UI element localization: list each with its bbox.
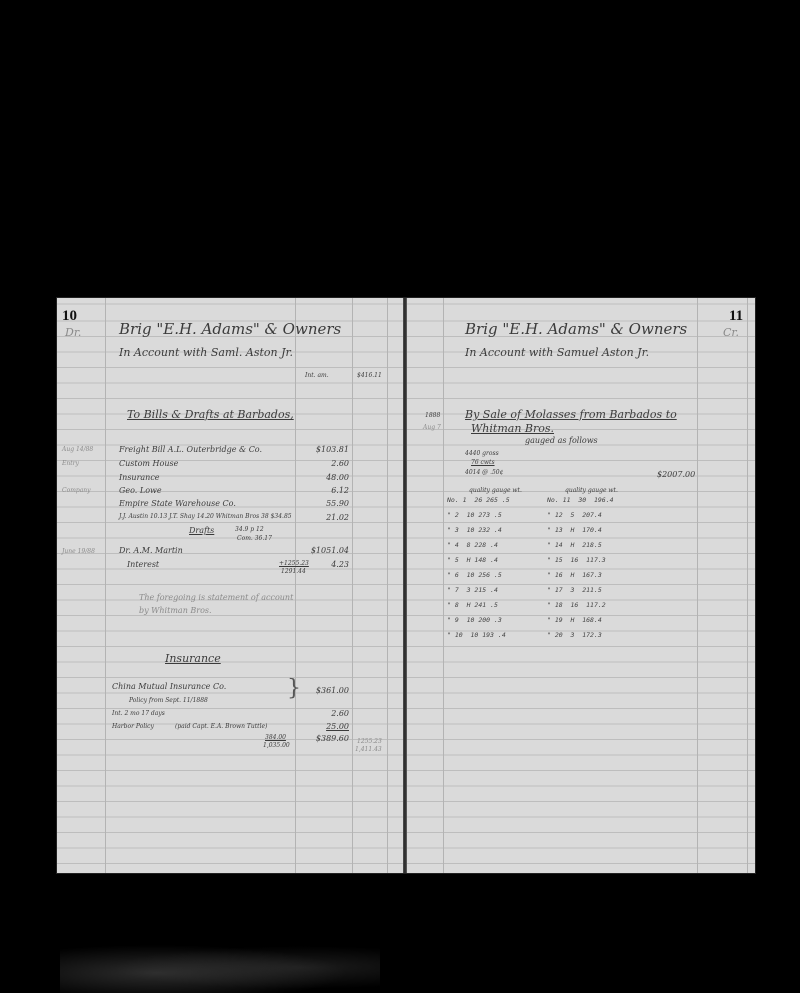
entry-date: Company	[62, 487, 91, 494]
top-note-amount: $416.11	[357, 372, 382, 379]
entry-amount: 55.90	[307, 499, 349, 508]
interest-calc-top: +1255.23	[279, 560, 309, 567]
insurance-total: $389.60	[307, 734, 349, 743]
page-number: 11	[729, 308, 743, 325]
left-page: 10 Dr. Brig "E.H. Adams" & Owners In Acc…	[57, 298, 403, 873]
drafts-note: 34.9 p 12	[235, 526, 264, 533]
gauge-row: " 19 H 168.4	[547, 616, 602, 624]
insurance-int: Int. 2 mo 17 days	[112, 710, 165, 717]
ledger-spread: 10 Dr. Brig "E.H. Adams" & Owners In Acc…	[57, 298, 755, 873]
insurance-amount-main: $361.00	[307, 686, 349, 695]
account-subtitle: In Account with Saml. Aston Jr.	[119, 346, 293, 359]
gauge-row: " 3 10 232 .4	[447, 526, 502, 534]
scan-artifact	[60, 940, 380, 993]
entry-description: Custom House	[119, 459, 178, 468]
insurance-harbor-note: (paid Capt. E.A. Brown Tuttle)	[175, 723, 267, 730]
gauge-row: No. 11 30 196.4	[547, 496, 614, 504]
martin-description: Dr. A.M. Martin	[119, 546, 183, 555]
sale-line-2: Whitman Bros.	[471, 422, 554, 435]
account-title: Brig "E.H. Adams" & Owners	[119, 320, 341, 338]
account-title: Brig "E.H. Adams" & Owners	[465, 320, 687, 338]
gauge-row: " 20 3 172.3	[547, 631, 602, 639]
margin-calc-top: 1255.23	[357, 738, 382, 745]
insurance-calc-top: 384.00	[265, 734, 286, 741]
margin-calc-bottom: 1,411.43	[355, 746, 382, 753]
credit-label: Cr.	[723, 326, 739, 339]
drafts-commission: Com. 36.17	[237, 535, 272, 542]
gauge-row: " 4 8 228 .4	[447, 541, 498, 549]
insurance-heading: Insurance	[165, 652, 221, 665]
brace-icon: }	[287, 676, 301, 701]
martin-date: June 19/88	[62, 548, 95, 555]
interest-description: Interest	[127, 560, 159, 569]
sale-line-1: By Sale of Molasses from Barbados to	[465, 408, 677, 421]
insurance-amount-harbor: 25.00	[307, 722, 349, 731]
sale-amount: $2007.00	[657, 470, 695, 479]
insurance-calc-bottom: 1,035.00	[263, 742, 290, 749]
insurance-harbor: Harbor Policy	[112, 723, 154, 730]
gauge-row: " 2 10 273 .5	[447, 511, 502, 519]
gauge-row: No. 1 26 265 .5	[447, 496, 510, 504]
gauge-row: " 14 H 218.5	[547, 541, 602, 549]
gauge-row: " 7 3 215 .4	[447, 586, 498, 594]
page-number: 10	[62, 308, 77, 325]
entry-date: Entry	[62, 460, 79, 467]
gauge-row: " 5 H 148 .4	[447, 556, 498, 564]
entry-amount: 6.12	[307, 486, 349, 495]
account-subtitle: In Account with Samuel Aston Jr.	[465, 346, 649, 359]
martin-amount: $1051.04	[307, 546, 349, 555]
insurance-policy: Policy from Sept. 11/1888	[129, 697, 208, 704]
drafts-label: Drafts	[189, 526, 214, 535]
gauge-header-right: quality gauge wt.	[565, 487, 618, 494]
entry-description: Insurance	[119, 473, 160, 482]
calc-tare: 76 cwts	[471, 459, 495, 466]
debit-label: Dr.	[65, 326, 81, 339]
gauge-row: " 8 H 241 .5	[447, 601, 498, 609]
entry-amount: 2.60	[307, 459, 349, 468]
entry-amount: 21.02	[307, 513, 349, 522]
entry-amount: 48.00	[307, 473, 349, 482]
sale-line-3: gauged as follows	[525, 436, 598, 445]
entry-date: Aug 7	[423, 424, 441, 431]
gauge-header-left: quality gauge wt.	[469, 487, 522, 494]
section-heading: To Bills & Drafts at Barbados,	[127, 408, 294, 421]
pencil-note: The foregoing is statement of account	[139, 593, 293, 602]
gauge-row: " 9 10 200 .3	[447, 616, 502, 624]
gauge-row: " 6 10 256 .5	[447, 571, 502, 579]
entry-year: 1888	[425, 412, 440, 419]
right-page: 11 Cr. Brig "E.H. Adams" & Owners In Acc…	[407, 298, 755, 873]
entry-description: J.J. Austin 10.13 J.T. Shay 14.20 Whitma…	[119, 513, 292, 520]
calc-net: 4014 @ .50¢	[465, 469, 503, 476]
interest-calc-bottom: 1291.44	[281, 568, 306, 575]
gauge-row: " 12 5 207.4	[547, 511, 602, 519]
insurance-company: China Mutual Insurance Co.	[112, 682, 226, 691]
entry-amount: $103.81	[307, 445, 349, 454]
gauge-row: " 15 16 117.3	[547, 556, 606, 564]
entry-description: Geo. Lowe	[119, 486, 162, 495]
gauge-row: " 13 H 170.4	[547, 526, 602, 534]
entry-date: Aug 14/88	[62, 446, 93, 453]
entry-description: Empire State Warehouse Co.	[119, 499, 236, 508]
top-note: Int. am.	[305, 372, 329, 379]
calc-gross: 4440 gross	[465, 450, 499, 457]
pencil-note-2: by Whitman Bros.	[139, 606, 212, 615]
gauge-row: " 18 16 117.2	[547, 601, 606, 609]
gauge-row: " 16 H 167.3	[547, 571, 602, 579]
insurance-amount-int: 2.60	[307, 709, 349, 718]
interest-amount: 4.23	[307, 560, 349, 569]
gauge-row: " 10 10 193 .4	[447, 631, 506, 639]
entry-description: Freight Bill A.L. Outerbridge & Co.	[119, 445, 262, 454]
gauge-row: " 17 3 211.5	[547, 586, 602, 594]
